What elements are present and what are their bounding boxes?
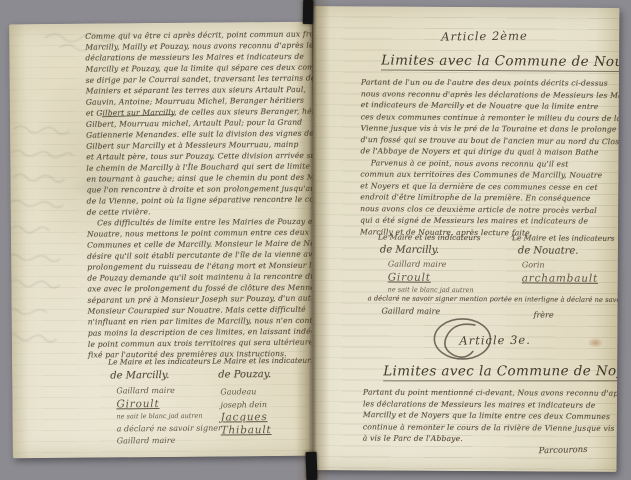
signature-place-right: de Pouzay. <box>218 369 271 380</box>
signature-place-left: de Marcilly. <box>110 370 169 382</box>
binding-clamp-top <box>303 0 313 24</box>
catchword: Parcourons <box>539 445 588 456</box>
signature-row: joseph dein <box>220 398 315 411</box>
manuscript-line: que l'on rencontre à droite et son prolo… <box>87 183 313 195</box>
manuscript-line: commun aux territoires des Communes de M… <box>360 169 616 182</box>
left-page: Comme qui va être ci après décrit, point… <box>9 22 316 459</box>
signature-row: Giroult <box>116 397 221 410</box>
manuscript-line: Partant du point mentionné ci-devant, No… <box>363 387 619 400</box>
article-2-title: Limites avec la Commune de Nouatre <box>381 52 619 72</box>
manuscript-line: Vienne jusque vis à vis le pré de la Tou… <box>361 123 617 136</box>
manuscript-line: le chemin de Marcilly à l'Île Bouchard q… <box>86 160 312 173</box>
signature-row: Gaillard maire <box>116 384 221 397</box>
right-page: Article 2ème Limites avec la Commune de … <box>311 6 620 472</box>
signature-row: Jacques Thibault <box>220 411 315 437</box>
signature-column-right: Gorinarchambault <box>522 259 598 284</box>
manuscript-line: qui a été signé de Messieurs les maires … <box>360 215 616 228</box>
manuscript-line: Comme qui va être ci après décrit, point… <box>85 28 311 41</box>
manuscript-line: déclarations de messieurs les Maires et … <box>85 51 311 63</box>
signature-row: Gaillard maire <box>388 259 474 272</box>
signature-header-right: Le Maire et les indicateurs <box>212 356 315 366</box>
signature-place-left: de Marcilly. <box>380 244 439 255</box>
article-3-title: Limites avec la Commune de Noyers <box>383 363 619 381</box>
manuscript-line: Marcilly et de Noyers que la limite entr… <box>363 409 619 423</box>
signature-place-right: de Nouatre. <box>518 245 579 256</box>
manuscript-line: Gilbert, Mourruau michel, Artault Paul; … <box>86 116 312 129</box>
manuscript-line: à vis le Parc de l'Abbaye. <box>363 433 619 446</box>
article-2-header: Article 2ème <box>441 29 528 44</box>
signature-row: Gaillard maire <box>117 434 222 447</box>
signature-column-left: Gaillard maireGiroultne sait le blanc ja… <box>116 384 222 447</box>
signature-header-left: Le Maire et les indicateurs <box>108 357 211 367</box>
manuscript-body: Comme qui va être ci après décrit, point… <box>85 29 314 361</box>
manuscript-line: Partant de l'un ou de l'autre des deux p… <box>361 77 617 90</box>
binding-clamp-bottom <box>306 452 318 480</box>
article-3-header: Article 3e. <box>459 333 531 348</box>
manuscript-line: d'un fossé qui se trouve au bout de l'an… <box>361 134 617 148</box>
manuscript-line: et indicateurs de Marcilly et de Nouatre… <box>361 99 617 113</box>
signature-row: Giroult <box>388 271 474 284</box>
manuscript-line: Ces difficultés de limite entre les Mair… <box>87 216 313 228</box>
manuscript-body-article-3: Partant du point mentionné ci-devant, No… <box>363 386 619 445</box>
signature-column-right: Gaudeaujoseph deinJacques Thibault <box>220 386 315 437</box>
ink-stain <box>587 338 603 348</box>
signature-column-left: Gaillard maireGiroultne sait le blanc ja… <box>388 259 474 297</box>
signature-row: ne sait le blanc jad autren <box>116 409 221 422</box>
signature-middle-note: a déclaré ne savoir signer mention porté… <box>368 294 620 304</box>
scanned-register-photo: Comme qui va être ci après décrit, point… <box>0 0 631 480</box>
signature-header-right: Le Maire et les indicateurs <box>512 233 615 243</box>
manuscript-line: n'influant en rien par limites de Marcil… <box>88 315 314 327</box>
manuscript-line: désire qu'il soit établi percutante de l… <box>87 248 313 261</box>
bleed-through-marks <box>9 119 78 352</box>
signature-bottom-right: frère <box>534 310 554 319</box>
manuscript-body-article-2: Partant de l'un ou de l'autre des deux p… <box>360 76 617 239</box>
signature-header-left: Le Maire et les indicateurs <box>378 232 481 242</box>
manuscript-line: Mainiers et séparant les terres aux sieu… <box>86 84 312 96</box>
signature-row: archambault <box>522 272 598 285</box>
signature-row: a déclaré ne savoir signer <box>117 422 222 435</box>
signature-row: Gaudeau <box>220 386 315 399</box>
signature-row: Gorin <box>522 259 598 272</box>
